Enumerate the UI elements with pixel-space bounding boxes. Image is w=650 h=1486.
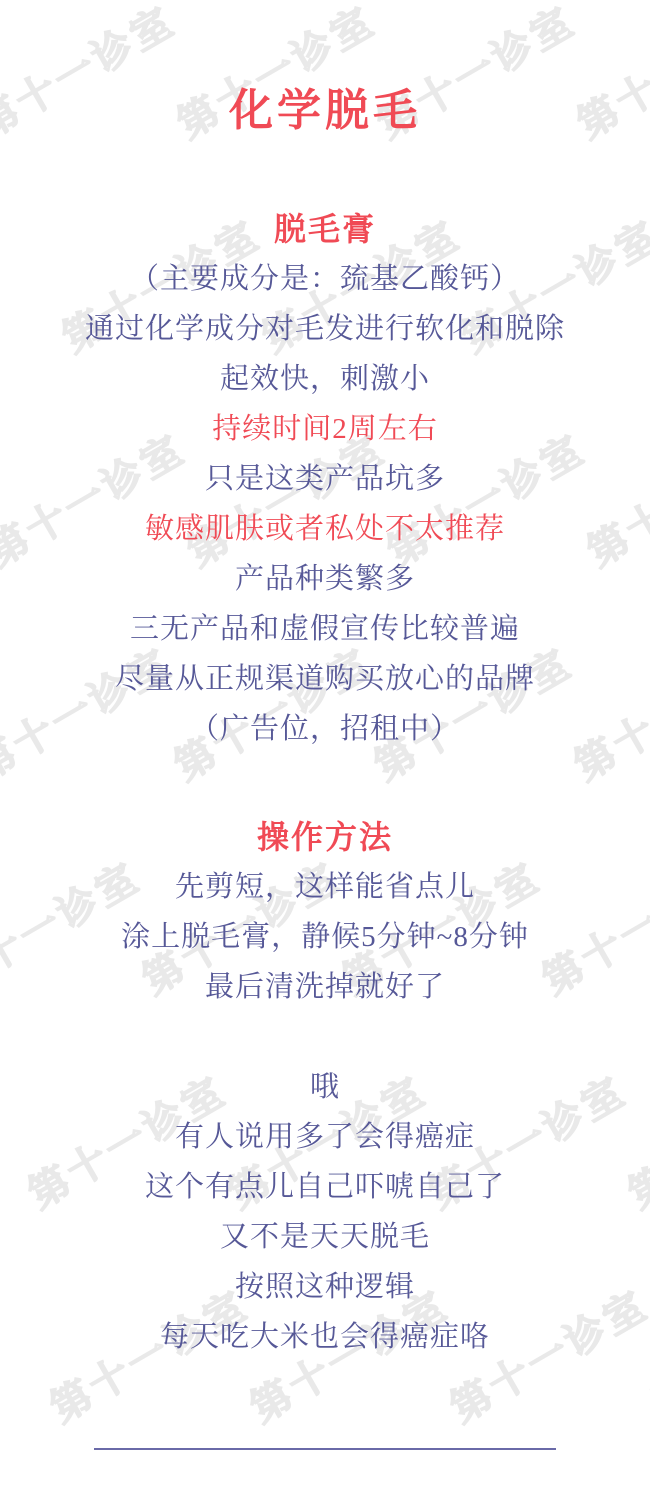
text-line: （广告位，招租中） [0,704,650,754]
text-line: 只是这类产品坑多 [0,454,650,504]
article: 化学脱毛 脱毛膏（主要成分是：巯基乙酸钙）通过化学成分对毛发进行软化和脱除起效快… [0,0,650,1450]
text-line: 每天吃大米也会得癌症咯 [0,1312,650,1362]
text-line: 敏感肌肤或者私处不太推荐 [0,504,650,554]
sections-container: 脱毛膏（主要成分是：巯基乙酸钙）通过化学成分对毛发进行软化和脱除起效快，刺激小持… [0,204,650,1362]
page: { "colors": { "accent_red": "#f04a55", "… [0,0,650,1486]
text-line: 涂上脱毛膏，静候5分钟~8分钟 [0,912,650,962]
text-line: 最后清洗掉就好了 [0,962,650,1012]
text-line: 起效快，刺激小 [0,354,650,404]
section-heading: 操作方法 [0,812,650,862]
text-line: 哦 [0,1062,650,1112]
text-line: 通过化学成分对毛发进行软化和脱除 [0,304,650,354]
text-line: 这个有点儿自己吓唬自己了 [0,1162,650,1212]
section-heading: 脱毛膏 [0,204,650,254]
section-0: 脱毛膏（主要成分是：巯基乙酸钙）通过化学成分对毛发进行软化和脱除起效快，刺激小持… [0,204,650,754]
footer-divider-line [94,1448,556,1450]
text-line: 先剪短，这样能省点儿 [0,862,650,912]
text-line: 有人说用多了会得癌症 [0,1112,650,1162]
text-line: 三无产品和虚假宣传比较普遍 [0,604,650,654]
text-line: 持续时间2周左右 [0,404,650,454]
page-title: 化学脱毛 [0,82,650,140]
section-2: 哦有人说用多了会得癌症这个有点儿自己吓唬自己了又不是天天脱毛按照这种逻辑每天吃大… [0,1062,650,1362]
text-line: （主要成分是：巯基乙酸钙） [0,254,650,304]
text-line: 尽量从正规渠道购买放心的品牌 [0,654,650,704]
section-1: 操作方法先剪短，这样能省点儿涂上脱毛膏，静候5分钟~8分钟最后清洗掉就好了 [0,812,650,1012]
text-line: 按照这种逻辑 [0,1262,650,1312]
text-line: 又不是天天脱毛 [0,1212,650,1262]
text-line: 产品种类繁多 [0,554,650,604]
